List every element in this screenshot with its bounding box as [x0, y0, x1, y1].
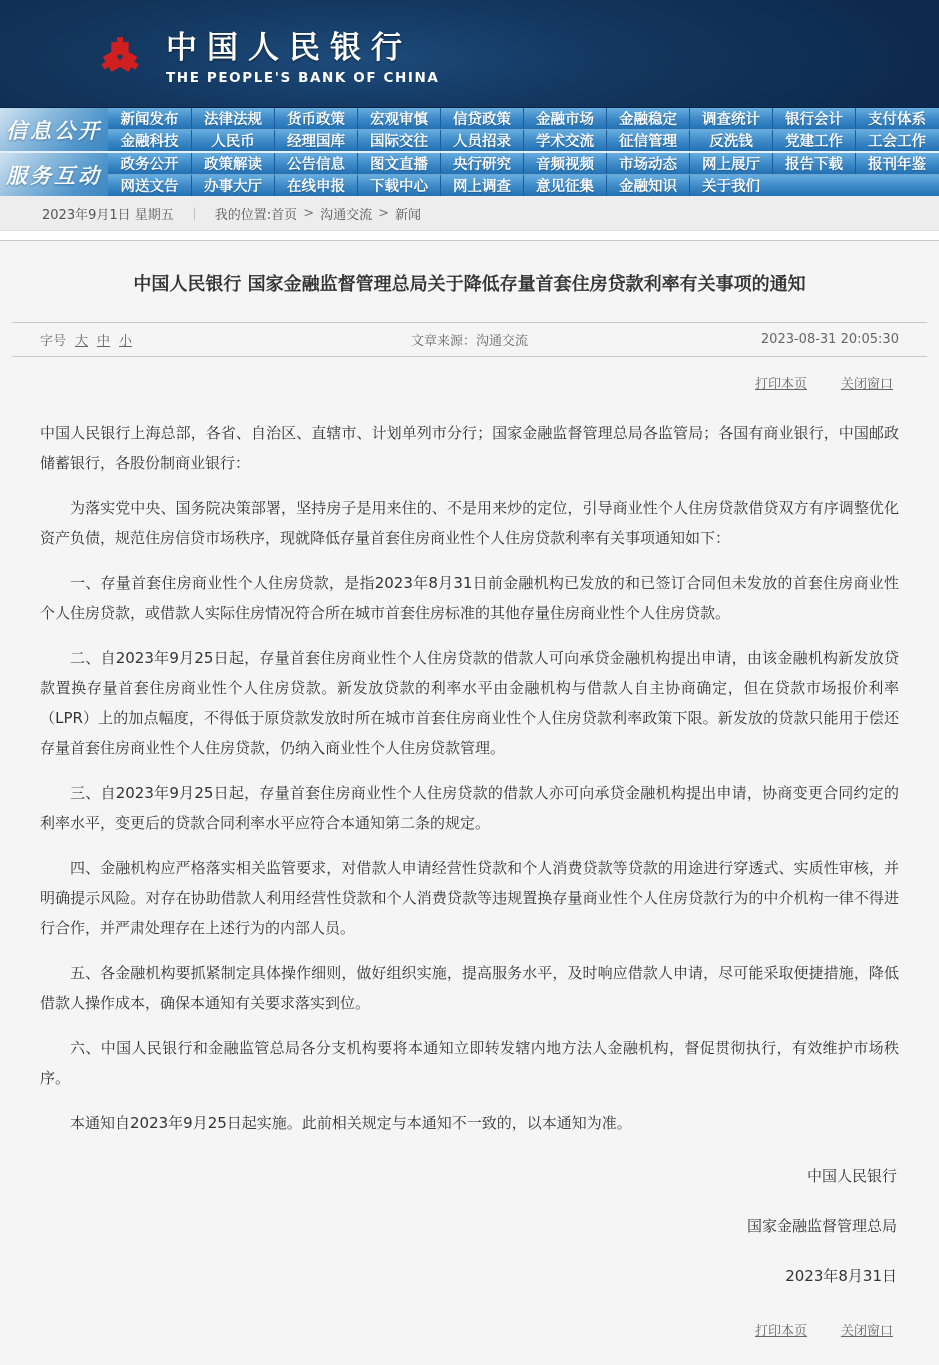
breadcrumb-home-link[interactable]: 首页: [271, 204, 297, 223]
nav-item-online-filing[interactable]: 在线申报: [274, 175, 357, 196]
close-window-link-bottom[interactable]: 关闭窗口: [841, 1320, 893, 1339]
bank-name-cn: 中国人民银行: [166, 22, 439, 67]
nav-item-periodicals[interactable]: 报刊年鉴: [855, 153, 938, 174]
nav-item-news[interactable]: 新闻发布: [108, 108, 191, 129]
signature-block: 中国人民银行 国家金融监督管理总局 2023年8月31日: [40, 1164, 899, 1288]
paragraph-preamble: 为落实党中央、国务院决策部署，坚持房子是用来住的、不是用来炒的定位，引导商业性个…: [40, 493, 899, 553]
nav-item-renminbi[interactable]: 人民币: [191, 130, 274, 151]
breadcrumb: 2023年9月1日 星期五 ｜ 我的位置: 首页 > 沟通交流 > 新闻: [0, 196, 939, 231]
current-date: 2023年9月1日 星期五: [42, 204, 174, 223]
nav-item-announcements[interactable]: 公告信息: [274, 153, 357, 174]
nav-rows: 新闻发布 法律法规 货币政策 宏观审慎 信贷政策 金融市场 金融稳定 调查统计 …: [108, 108, 939, 196]
source-label: 文章来源：: [411, 334, 476, 349]
nav-item-party-building[interactable]: 党建工作: [772, 130, 855, 151]
nav-item-report-download[interactable]: 报告下载: [772, 153, 855, 174]
source-value: 沟通交流: [476, 334, 528, 349]
nav-item-central-bank-research[interactable]: 央行研究: [440, 153, 523, 174]
font-size-label: 字号: [40, 330, 66, 349]
top-actions: 打印本页 关闭窗口: [0, 357, 939, 396]
nav-item-credit-policy[interactable]: 信贷政策: [440, 108, 523, 129]
nav-item-treasury[interactable]: 经理国库: [274, 130, 357, 151]
breadcrumb-communication-link[interactable]: 沟通交流: [320, 204, 372, 223]
nav-item-market-trends[interactable]: 市场动态: [606, 153, 689, 174]
print-page-link[interactable]: 打印本页: [755, 373, 807, 392]
nav-item-anti-money-laundering[interactable]: 反洗钱: [689, 130, 772, 151]
nav-item-online-gallery[interactable]: 网上展厅: [689, 153, 772, 174]
nav-item-service-hall[interactable]: 办事大厅: [191, 175, 274, 196]
breadcrumb-news-link[interactable]: 新闻: [395, 204, 421, 223]
page-title: 中国人民银行 国家金融监督管理总局关于降低存量首套住房贷款利率有关事项的通知: [0, 241, 939, 322]
article-source: 文章来源：沟通交流: [326, 330, 612, 349]
article-container: 中国人民银行 国家金融监督管理总局关于降低存量首套住房贷款利率有关事项的通知 字…: [0, 240, 939, 1365]
paragraph-item-2: 二、自2023年9月25日起，存量首套住房商业性个人住房贷款的借款人可向承贷金融…: [40, 643, 899, 763]
nav-item-financial-knowledge[interactable]: 金融知识: [606, 175, 689, 196]
bank-name-en: THE PEOPLE'S BANK OF CHINA: [166, 70, 439, 86]
nav-item-monetary-policy[interactable]: 货币政策: [274, 108, 357, 129]
nav-item-law[interactable]: 法律法规: [191, 108, 274, 129]
article-meta-bar: 字号 大 中 小 文章来源：沟通交流 2023-08-31 20:05:30: [12, 322, 927, 357]
font-size-medium-button[interactable]: 中: [97, 330, 110, 349]
paragraph-item-1: 一、存量首套住房商业性个人住房贷款，是指2023年8月31日前金融机构已发放的和…: [40, 568, 899, 628]
nav-group-service-interaction[interactable]: 服务互动: [0, 151, 108, 196]
nav-item-online-survey[interactable]: 网上调查: [440, 175, 523, 196]
paragraph-item-3: 三、自2023年9月25日起，存量首套住房商业性个人住房贷款的借款人亦可向承贷金…: [40, 778, 899, 838]
bank-logo: 中国人民银行 THE PEOPLE'S BANK OF CHINA: [92, 21, 439, 87]
font-size-small-button[interactable]: 小: [119, 330, 132, 349]
nav-item-gov-disclosure[interactable]: 政务公开: [108, 153, 191, 174]
nav-item-financial-stability[interactable]: 金融稳定: [606, 108, 689, 129]
nav-row-filler: [772, 175, 939, 196]
nav-item-financial-market[interactable]: 金融市场: [523, 108, 606, 129]
nav-row-2: 金融科技 人民币 经理国库 国际交往 人员招录 学术交流 征信管理 反洗钱 党建…: [108, 129, 939, 151]
pboc-logo-icon: [92, 21, 148, 87]
nav-item-audio-video[interactable]: 音频视频: [523, 153, 606, 174]
nav-item-recruitment[interactable]: 人员招录: [440, 130, 523, 151]
nav-item-fintech[interactable]: 金融科技: [108, 130, 191, 151]
close-window-link[interactable]: 关闭窗口: [841, 373, 893, 392]
nav-item-academic-exchange[interactable]: 学术交流: [523, 130, 606, 151]
nav-item-bank-accounting[interactable]: 银行会计: [772, 108, 855, 129]
nav-item-download-center[interactable]: 下载中心: [357, 175, 440, 196]
paragraph-item-4: 四、金融机构应严格落实相关监管要求，对借款人申请经营性贷款和个人消费贷款等贷款的…: [40, 853, 899, 943]
nav-row-4: 网送文告 办事大厅 在线申报 下载中心 网上调查 意见征集 金融知识 关于我们: [108, 174, 939, 196]
nav-item-live-broadcast[interactable]: 图文直播: [357, 153, 440, 174]
main-nav: 信息公开 服务互动 新闻发布 法律法规 货币政策 宏观审慎 信贷政策 金融市场 …: [0, 108, 939, 196]
bottom-actions: 打印本页 关闭窗口: [0, 1314, 939, 1351]
nav-row-3: 政务公开 政策解读 公告信息 图文直播 央行研究 音频视频 市场动态 网上展厅 …: [108, 151, 939, 174]
breadcrumb-separator: >: [303, 206, 314, 221]
signature-date: 2023年8月31日: [40, 1264, 897, 1288]
paragraph-addressees: 中国人民银行上海总部，各省、自治区、直辖市、计划单列市分行；国家金融监督管理总局…: [40, 418, 899, 478]
nav-item-credit-reference[interactable]: 征信管理: [606, 130, 689, 151]
nav-item-macro-prudential[interactable]: 宏观审慎: [357, 108, 440, 129]
spacer: [0, 231, 939, 240]
nav-item-labor-union[interactable]: 工会工作: [855, 130, 938, 151]
nav-group-info-disclosure[interactable]: 信息公开: [0, 108, 108, 151]
nav-item-international[interactable]: 国际交往: [357, 130, 440, 151]
nav-row-1: 新闻发布 法律法规 货币政策 宏观审慎 信贷政策 金融市场 金融稳定 调查统计 …: [108, 108, 939, 129]
print-page-link-bottom[interactable]: 打印本页: [755, 1320, 807, 1339]
breadcrumb-divider: ｜: [188, 204, 201, 223]
signature-nfra: 国家金融监督管理总局: [40, 1214, 897, 1238]
location-prefix: 我的位置:: [215, 204, 271, 223]
nav-item-opinion-solicitation[interactable]: 意见征集: [523, 175, 606, 196]
font-size-controls: 字号 大 中 小: [40, 330, 326, 349]
nav-item-about-us[interactable]: 关于我们: [689, 175, 772, 196]
font-size-large-button[interactable]: 大: [75, 330, 88, 349]
paragraph-effective-date: 本通知自2023年9月25日起实施。此前相关规定与本通知不一致的，以本通知为准。: [40, 1108, 899, 1138]
breadcrumb-separator: >: [378, 206, 389, 221]
nav-item-survey-statistics[interactable]: 调查统计: [689, 108, 772, 129]
site-header: 中国人民银行 THE PEOPLE'S BANK OF CHINA: [0, 0, 939, 108]
nav-item-policy-interpretation[interactable]: 政策解读: [191, 153, 274, 174]
signature-pboc: 中国人民银行: [40, 1164, 897, 1188]
publish-datetime: 2023-08-31 20:05:30: [613, 332, 899, 347]
article-body: 中国人民银行上海总部，各省、自治区、直辖市、计划单列市分行；国家金融监督管理总局…: [0, 396, 939, 1288]
nav-item-payment-system[interactable]: 支付体系: [855, 108, 938, 129]
paragraph-item-6: 六、中国人民银行和金融监管总局各分支机构要将本通知立即转发辖内地方法人金融机构，…: [40, 1033, 899, 1093]
nav-item-web-documents[interactable]: 网送文告: [108, 175, 191, 196]
paragraph-item-5: 五、各金融机构要抓紧制定具体操作细则，做好组织实施，提高服务水平，及时响应借款人…: [40, 958, 899, 1018]
nav-side-column: 信息公开 服务互动: [0, 108, 108, 196]
